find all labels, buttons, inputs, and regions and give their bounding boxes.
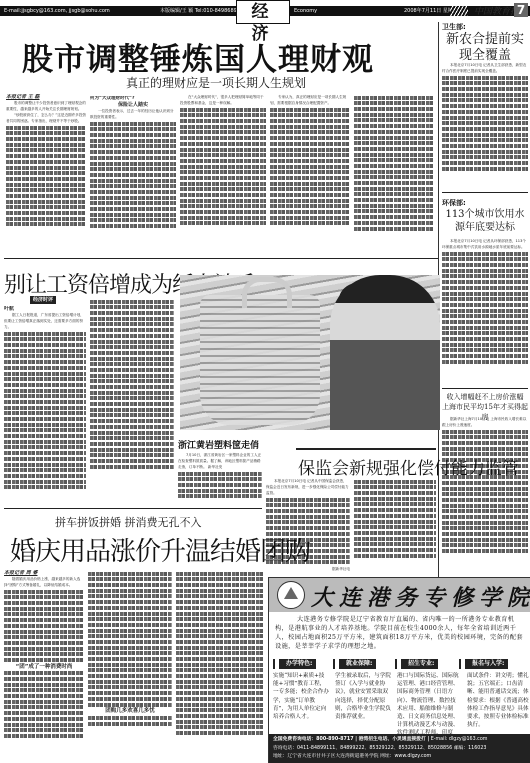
lead-subhead: 真正的理财应是一项长期人生规划 xyxy=(126,74,306,91)
side-kicker: 环保部: xyxy=(442,198,528,208)
divider xyxy=(442,192,528,193)
ad-phones: 咨询电话：0411-84899111、84899222、85329122、853… xyxy=(273,746,452,751)
commentary-tag: 经济时评 xyxy=(30,296,56,304)
ad-header-enrollment: 报名与入学: xyxy=(465,659,508,669)
ad-header-employment: 就业保障: xyxy=(339,659,376,669)
side-title: 新农合提前实现全覆盖 xyxy=(442,32,528,64)
wedding-column-3 xyxy=(176,570,264,763)
lead-paragraph: 股市的调整让不少投资者意识到了理财观念的重要性，越来越多的人开始关注长期理财规划… xyxy=(6,100,86,112)
side-item-environment: 环保部: 113个城市饮用水源年底要达标 xyxy=(442,198,528,234)
ad-column-features: 实施“知识+素质+技能+习惯”教育工程，一专多能；校企合作办学，实施“订单教育”… xyxy=(273,672,329,721)
masthead-email: E-mail:jjsgbcy@163.com, jjsgb@sohu.com xyxy=(4,6,110,16)
ad-intro: 大连港务专修学院是辽宁省教育厅直属的、省内唯一的一所港务专业教育机构，是港航事业… xyxy=(275,615,525,651)
wedding-column-2: 团购几多欢喜几多忧 xyxy=(88,570,172,763)
ad-hotline: 全国免费咨询电话：800-890-8717 | 港湾招生电话、小灵通直接拨打 | xyxy=(273,737,429,742)
wage-column-2 xyxy=(90,298,174,506)
lead-column-2: 何为“大众理财时代”? 保险让人踏实 一位投资者表示，过去一年的经历让他认识到分… xyxy=(90,96,176,254)
lead-headline: 股市调整锤炼国人理财观 xyxy=(22,34,374,79)
divider xyxy=(4,258,438,259)
college-advertisement: 大连港务专修学院 大连港务专修学院是辽宁省教育厅直属的、省内唯一的一所港务专业教… xyxy=(268,577,530,763)
lead-paragraph: 一位投资者表示，过去一年的经历让他认识到分散投资的重要性。 xyxy=(90,108,176,120)
ad-column-enrollment: 面试条件：讲文明；懂礼貌；五官端正；口齿清晰、能用普通话交流；体检要求：根据《普… xyxy=(467,672,529,729)
wedding-column-1: 本报记者 周 睿 随着婚庆用品价格上涨，越来越多的新人选择“团购”方式筹备婚礼，… xyxy=(4,570,84,763)
side-item-environment-text: 本报北京7月10日电 记者从环保部获悉，113个环保重点城市集中式饮用水源地水质… xyxy=(442,238,528,384)
college-emblem-icon xyxy=(277,581,305,609)
wedding-headline: 婚庆用品涨价升温结婚团购 xyxy=(10,531,310,568)
masthead-editor: 本版编辑/王 颖 Tel:010-84986890 xyxy=(160,6,240,16)
section-title-en: Economy xyxy=(294,6,317,16)
lead-column-1: 本报记者 王 磊 股市的调整让不少投资者意识到了理财观念的重要性，越来越多的人开… xyxy=(6,94,86,254)
newspaper-logo: 中国教育报 xyxy=(474,4,519,17)
lead-column-3: 在“大众理财时代”，很多人把理财简单地等同于投资股票和基金，这是一种误解。 xyxy=(180,94,266,254)
ad-section-headers: 办学特色: 就业保障: 招生专业: 报名与入学: xyxy=(273,659,529,669)
lead-paragraph: 专家认为，真正的理财应是一项长期人生规划，需要根据自身情况合理配置资产。 xyxy=(270,94,350,106)
photo-caption-title: 浙江黄岩塑料筐走俏 xyxy=(178,438,259,451)
ad-column-employment: 学生被录取后，与学院签订《入学与就业协议》，就业安置采取双向选择，择优分配原则，… xyxy=(335,672,391,721)
hatch-decoration xyxy=(450,6,468,16)
wedding-kicker: 拼车拼饭拼婚 拼消费无孔不入 xyxy=(55,514,202,530)
ad-header-majors: 招生专业: xyxy=(401,659,438,669)
lead-paragraph: 在“大众理财时代”，很多人把理财简单地等同于投资股票和基金，这是一种误解。 xyxy=(180,94,266,106)
section-title: 经 济 xyxy=(236,0,290,24)
side-title: 113个城市饮用水源年底要达标 xyxy=(442,208,528,234)
photo-caption-text: 7月10日，浙江省黄岩区一家塑料企业的工人正在检查塑料筐质量。据了解，该地区塑料… xyxy=(178,452,262,506)
ad-columns: 实施“知识+素质+技能+习惯”教育工程，一专多能；校企合作办学，实施“订单教育”… xyxy=(273,672,529,734)
ad-email[interactable]: E-mail: dlgzy@163.com xyxy=(431,737,488,742)
ad-contact-footer: 全国免费咨询电话：800-890-8717 | 港湾招生电话、小灵通直接拨打 |… xyxy=(269,734,530,763)
lead-column-4: 专家认为，真正的理财应是一项长期人生规划，需要根据自身情况合理配置资产。 xyxy=(270,94,350,254)
side-item-health-text: 本报北京7月10日电 记者从卫生部获悉，新型农村合作医疗制度已提前实现全覆盖。 xyxy=(442,62,528,190)
side-kicker: 卫生部: xyxy=(442,22,528,32)
ad-banner: 大连港务专修学院 xyxy=(269,578,530,612)
lead-paragraph: “炒股被套住了，怎么办？”这是近期许多投资者共同的困惑。专家指出，理财并不等于炒… xyxy=(6,112,86,124)
wedding-section-head: “团”成了一种消费时尚 xyxy=(4,664,84,670)
lead-column-5 xyxy=(354,94,434,254)
wedding-section-head: 团购几多欢喜几多忧 xyxy=(88,708,172,714)
divider xyxy=(296,448,436,450)
side-item-health: 卫生部: 新农合提前实现全覆盖 xyxy=(442,22,528,64)
ad-address: 地址：辽宁省大连市甘井子区大连湾街道港务学院 xyxy=(273,754,379,759)
college-name: 大连港务专修学院 xyxy=(311,581,530,612)
ad-website[interactable]: 网址：www.dlgzy.com xyxy=(380,754,431,759)
page-number: 7 xyxy=(514,3,528,17)
ad-postcode: 邮编：116023 xyxy=(454,746,487,751)
divider xyxy=(442,388,528,389)
ad-header-features: 办学特色: xyxy=(279,659,316,669)
wage-column-1: 叶航 据工人日报报道，广东省提出工资倍增计划，但要让工资倍增真正落到实处，还需要… xyxy=(4,306,86,506)
side-item-housing-text: 据新华社上海7月10日电 上海市民收入增长难以跟上房价上涨速度。 xyxy=(442,416,528,574)
news-photo-baskets xyxy=(180,275,440,430)
insurance-column-2 xyxy=(354,478,436,574)
insurance-headline: 保监会新规强化偿付能力监管 xyxy=(298,454,519,479)
divider xyxy=(4,508,262,509)
